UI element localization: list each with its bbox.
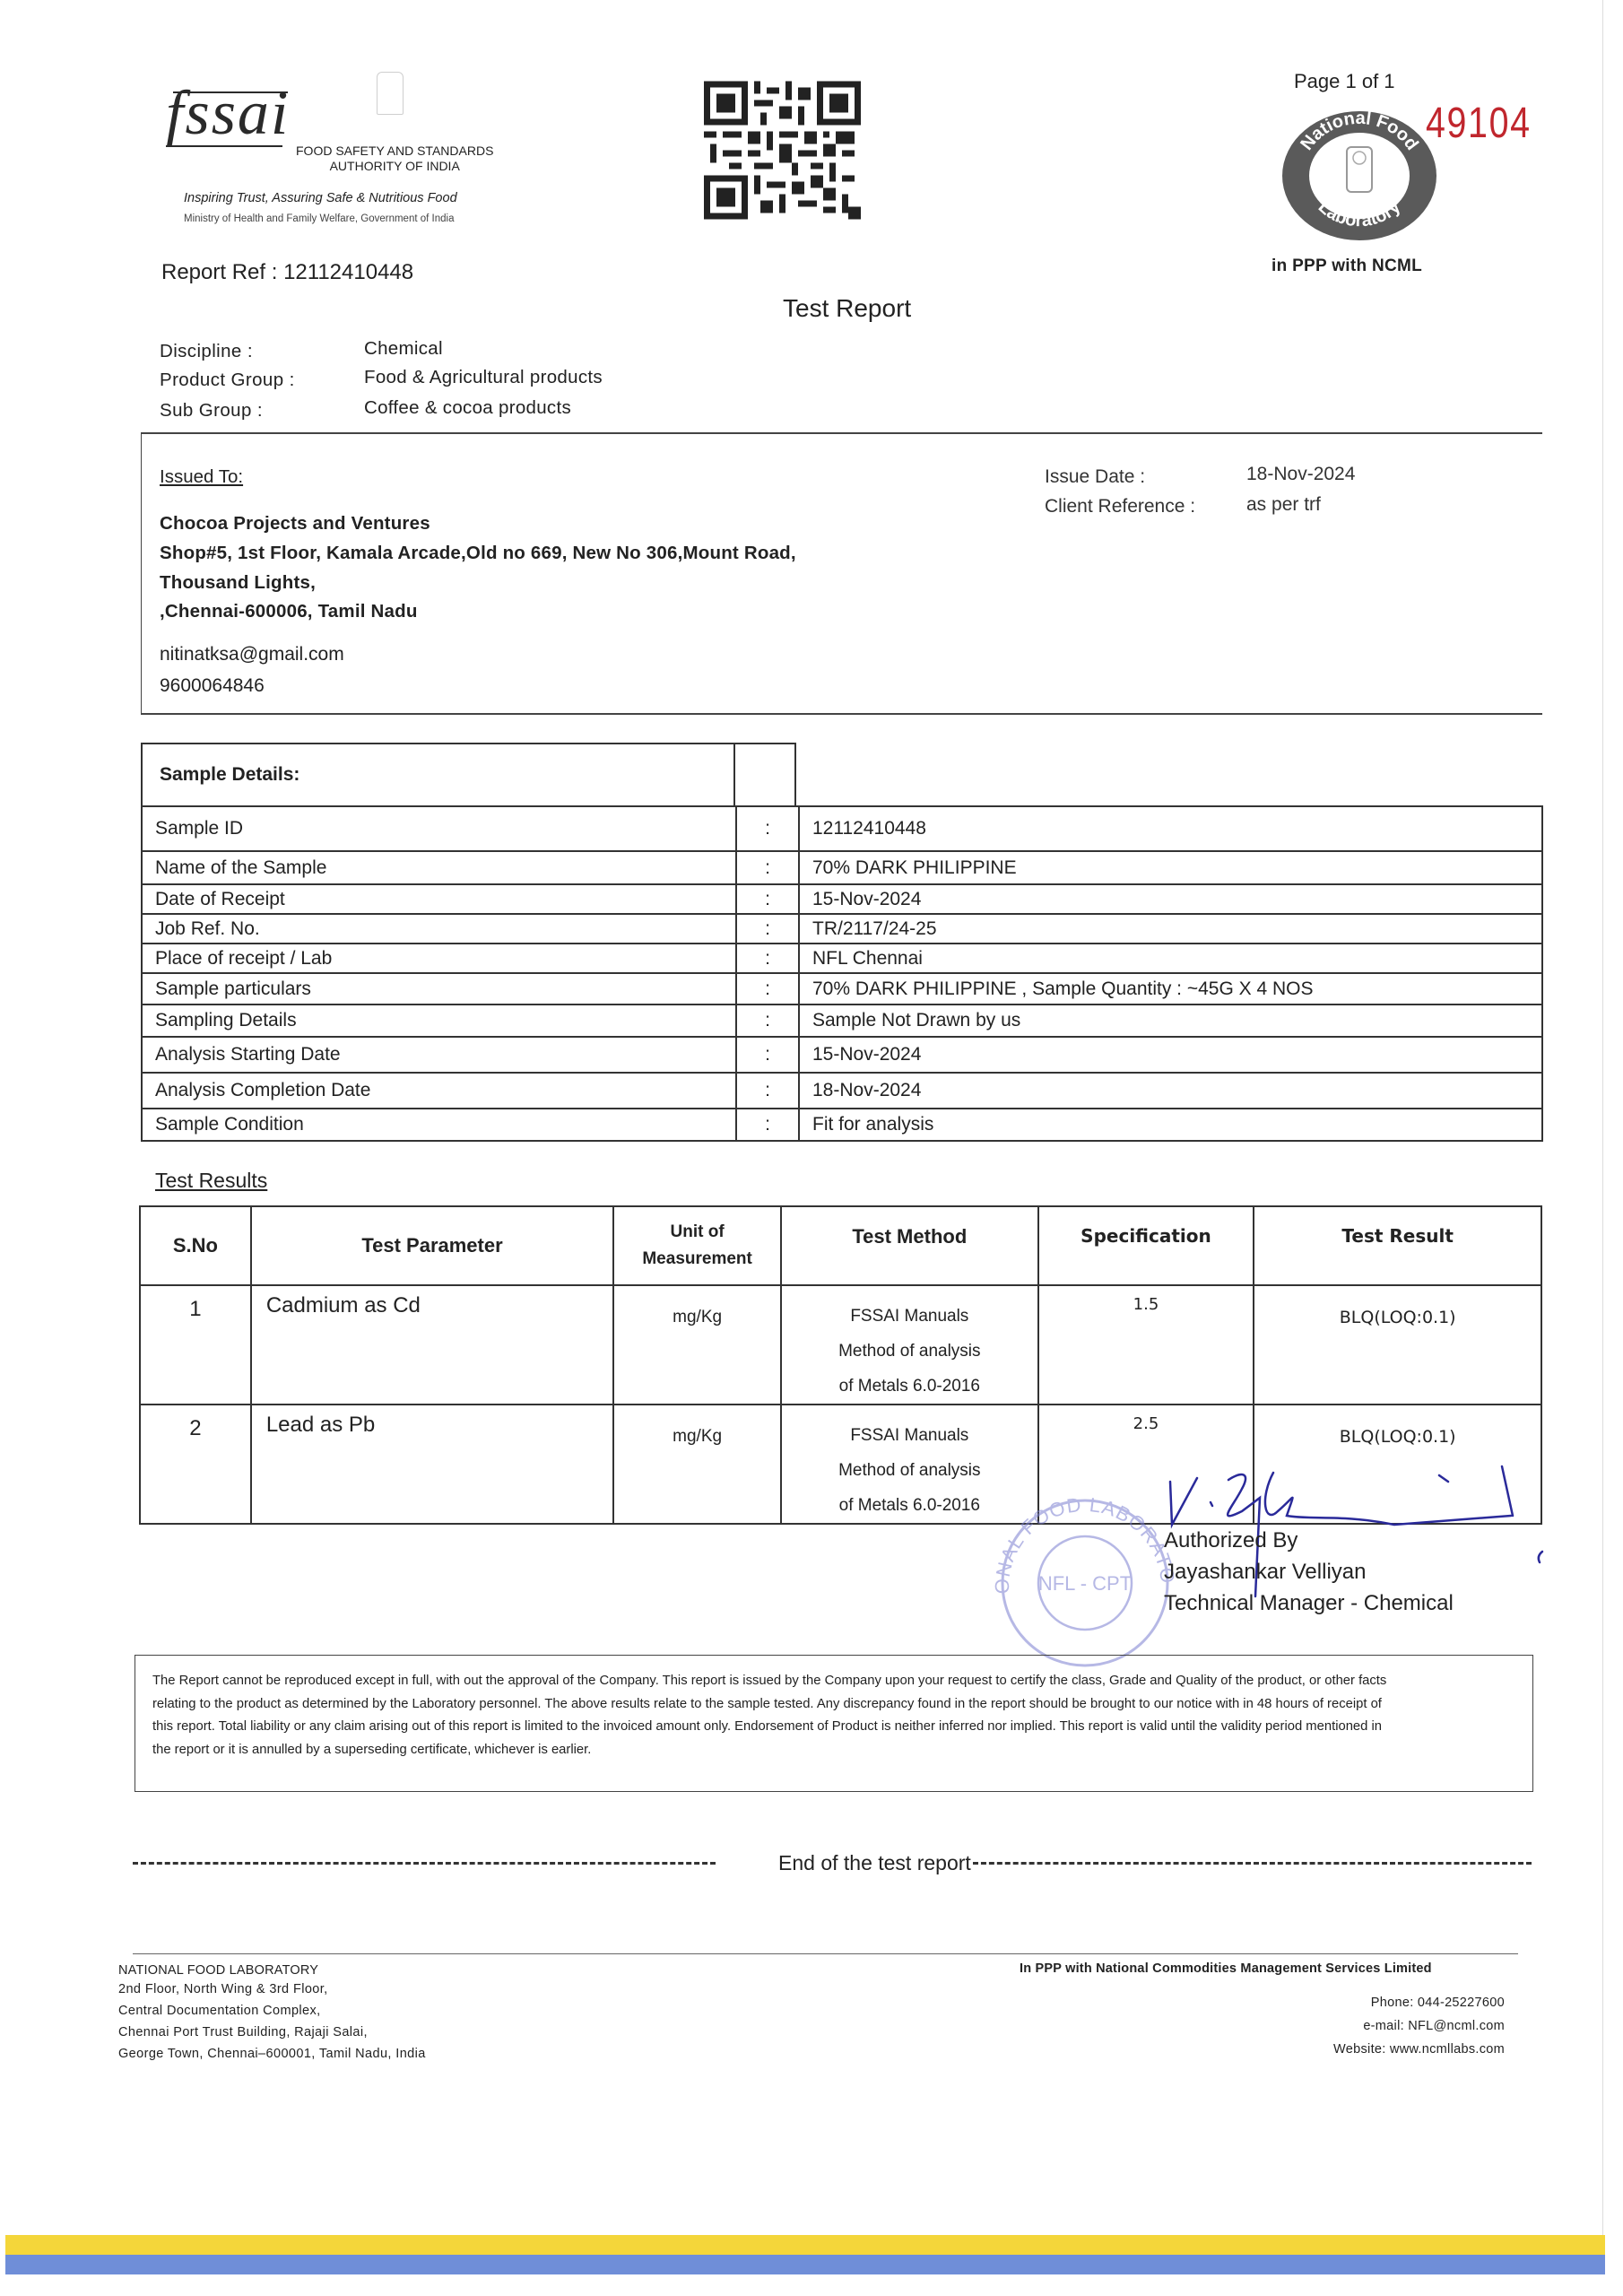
unit-header-line-1: Unit of: [614, 1219, 780, 1246]
footer-contact: Phone: 044-25227600 e-mail: NFL@ncml.com…: [1333, 1991, 1505, 2061]
sub-group-value: Coffee & cocoa products: [364, 397, 571, 419]
sample-details-heading: Sample Details:: [160, 764, 299, 786]
dashed-divider: [133, 1862, 716, 1865]
sample-detail-separator: :: [736, 1073, 799, 1109]
issued-to-heading: Issued To:: [160, 466, 243, 488]
national-food-laboratory-seal-icon: National Food Laboratory: [1275, 108, 1444, 242]
sample-detail-value: Fit for analysis: [799, 1109, 1542, 1141]
footer-phone: Phone: 044-25227600: [1333, 1991, 1505, 2014]
test-method-line: Method of analysis: [782, 1334, 1037, 1369]
client-company: Chocoa Projects and Ventures: [160, 513, 430, 535]
column-header-sno: S.No: [140, 1206, 251, 1285]
dashed-divider: [973, 1862, 1532, 1865]
footer-band-blue: [5, 2255, 1605, 2274]
sample-detail-value: 70% DARK PHILIPPINE , Sample Quantity : …: [799, 973, 1542, 1004]
footer-address-line: Chennai Port Trust Building, Rajaji Sala…: [118, 2023, 426, 2042]
fssai-authority-name: FOOD SAFETY AND STANDARDS AUTHORITY OF I…: [296, 143, 493, 174]
page-edge: [1602, 0, 1603, 2235]
table-header-row: S.No Test Parameter Unit of Measurement …: [140, 1206, 1541, 1285]
footer-email[interactable]: e-mail: NFL@ncml.com: [1333, 2014, 1505, 2038]
sample-detail-value: NFL Chennai: [799, 944, 1542, 973]
test-sno: 1: [140, 1285, 251, 1405]
issue-date-label: Issue Date :: [1045, 466, 1145, 488]
column-header-unit: Unit of Measurement: [613, 1206, 781, 1285]
table-row: Analysis Completion Date:18-Nov-2024: [142, 1073, 1542, 1109]
footer-org-name: NATIONAL FOOD LABORATORY: [118, 1961, 426, 1980]
footer-address-line: Central Documentation Complex,: [118, 2002, 426, 2021]
footer-divider: [133, 1953, 1518, 1954]
sample-detail-value: 15-Nov-2024: [799, 1037, 1542, 1073]
column-header-parameter: Test Parameter: [251, 1206, 613, 1285]
sample-detail-separator: :: [736, 1037, 799, 1073]
test-unit: mg/Kg: [613, 1405, 781, 1524]
fssai-logo: fssai: [166, 83, 300, 154]
svg-text:NFL - CPT: NFL - CPT: [1038, 1572, 1132, 1595]
product-group-label: Product Group :: [160, 370, 295, 391]
sample-detail-separator: :: [736, 944, 799, 973]
test-method-line: FSSAI Manuals: [782, 1418, 1037, 1453]
fssai-tagline: Inspiring Trust, Assuring Safe & Nutriti…: [184, 191, 457, 205]
sample-detail-label: Analysis Completion Date: [142, 1073, 736, 1109]
footer-partner: In PPP with National Commodities Managem…: [1020, 1961, 1432, 1976]
table-row: Sample particulars:70% DARK PHILIPPINE ,…: [142, 973, 1542, 1004]
table-row: Sample Condition:Fit for analysis: [142, 1109, 1542, 1141]
column-header-result: Test Result: [1254, 1206, 1541, 1285]
sample-detail-separator: :: [736, 1004, 799, 1037]
test-specification: 1.5: [1038, 1285, 1254, 1405]
end-of-report-line: End of the test report: [133, 1851, 1532, 1875]
authority-line-2: AUTHORITY OF INDIA: [296, 159, 493, 174]
sample-detail-separator: :: [736, 884, 799, 914]
client-phone: 9600064846: [160, 675, 265, 697]
sample-detail-separator: :: [736, 914, 799, 944]
sub-group-label: Sub Group :: [160, 400, 263, 422]
footer-address-line: George Town, Chennai–600001, Tamil Nadu,…: [118, 2045, 426, 2064]
column-header-spec: Specification: [1038, 1206, 1254, 1285]
test-method: FSSAI ManualsMethod of analysisof Metals…: [781, 1285, 1038, 1405]
test-parameter: Lead as Pb: [251, 1405, 613, 1524]
end-of-report-text: End of the test report: [778, 1851, 971, 1875]
fssai-ministry: Ministry of Health and Family Welfare, G…: [184, 213, 454, 224]
client-reference-value: as per trf: [1246, 494, 1321, 516]
sample-detail-value: 15-Nov-2024: [799, 884, 1542, 914]
sample-details-table: Sample ID:12112410448Name of the Sample:…: [141, 805, 1543, 1142]
footer-band-yellow: [5, 2235, 1605, 2255]
sample-detail-value: 12112410448: [799, 806, 1542, 851]
footer-address-line: 2nd Floor, North Wing & 3rd Floor,: [118, 1980, 426, 1999]
client-address-line: ,Chennai-600006, Tamil Nadu: [160, 601, 418, 622]
sample-detail-label: Name of the Sample: [142, 851, 736, 884]
footer-address: NATIONAL FOOD LABORATORY 2nd Floor, Nort…: [118, 1961, 426, 2064]
disclaimer-text: The Report cannot be reproduced except i…: [152, 1670, 1390, 1761]
table-row: Job Ref. No.:TR/2117/24-25: [142, 914, 1542, 944]
test-method-line: Method of analysis: [782, 1453, 1037, 1488]
sample-detail-separator: :: [736, 973, 799, 1004]
sample-detail-label: Date of Receipt: [142, 884, 736, 914]
client-address-line: Thousand Lights,: [160, 572, 316, 594]
test-sno: 2: [140, 1405, 251, 1524]
product-group-value: Food & Agricultural products: [364, 367, 603, 388]
sample-detail-separator: :: [736, 851, 799, 884]
client-reference-label: Client Reference :: [1045, 496, 1195, 517]
sample-detail-label: Place of receipt / Lab: [142, 944, 736, 973]
sample-details-header-colon-cell: [733, 743, 796, 807]
document-title: Test Report: [783, 294, 911, 323]
column-header-method: Test Method: [781, 1206, 1038, 1285]
client-address-line: Shop#5, 1st Floor, Kamala Arcade,Old no …: [160, 543, 796, 564]
footer-website[interactable]: Website: www.ncmllabs.com: [1333, 2038, 1505, 2061]
authorizer-name: Jayashankar Velliyan: [1164, 1556, 1454, 1587]
seal-caption: in PPP with NCML: [1271, 257, 1422, 276]
test-method-line: FSSAI Manuals: [782, 1299, 1037, 1334]
sample-detail-label: Sample ID: [142, 806, 736, 851]
qr-code-icon: [704, 81, 861, 220]
discipline-label: Discipline :: [160, 341, 253, 362]
page-indicator: Page 1 of 1: [1294, 70, 1395, 93]
table-row: Date of Receipt:15-Nov-2024: [142, 884, 1542, 914]
sample-detail-separator: :: [736, 806, 799, 851]
issue-date-value: 18-Nov-2024: [1246, 464, 1355, 485]
report-ref: Report Ref : 12112410448: [161, 260, 413, 285]
table-row: 1Cadmium as Cdmg/KgFSSAI ManualsMethod o…: [140, 1285, 1541, 1405]
sample-detail-label: Sample Condition: [142, 1109, 736, 1141]
sample-detail-value: 18-Nov-2024: [799, 1073, 1542, 1109]
table-row: Name of the Sample:70% DARK PHILIPPINE: [142, 851, 1542, 884]
table-row: Analysis Starting Date:15-Nov-2024: [142, 1037, 1542, 1073]
sample-detail-separator: :: [736, 1109, 799, 1141]
discipline-value: Chemical: [364, 338, 443, 360]
authorization-block: Authorized By Jayashankar Velliyan Techn…: [1164, 1525, 1454, 1619]
test-results-heading: Test Results: [155, 1169, 267, 1193]
sample-detail-label: Sample particulars: [142, 973, 736, 1004]
fssai-logo-text: fssai: [166, 79, 290, 148]
sample-detail-value: TR/2117/24-25: [799, 914, 1542, 944]
authority-line-1: FOOD SAFETY AND STANDARDS: [296, 143, 493, 159]
sample-detail-label: Analysis Starting Date: [142, 1037, 736, 1073]
sample-detail-value: Sample Not Drawn by us: [799, 1004, 1542, 1037]
table-row: Place of receipt / Lab:NFL Chennai: [142, 944, 1542, 973]
national-emblem-icon: [377, 72, 404, 115]
test-parameter: Cadmium as Cd: [251, 1285, 613, 1405]
test-result: BLQ(LOQ:0.1): [1254, 1285, 1541, 1405]
authorized-by-label: Authorized By: [1164, 1525, 1454, 1556]
sample-detail-label: Job Ref. No.: [142, 914, 736, 944]
test-method-line: of Metals 6.0-2016: [782, 1369, 1037, 1404]
table-row: Sample ID:12112410448: [142, 806, 1542, 851]
sample-detail-value: 70% DARK PHILIPPINE: [799, 851, 1542, 884]
laboratory-stamp-icon: NATIONAL FOOD LABORATORY IN NFL - CPT: [982, 1489, 1188, 1668]
test-unit: mg/Kg: [613, 1285, 781, 1405]
sample-detail-label: Sampling Details: [142, 1004, 736, 1037]
authorizer-designation: Technical Manager - Chemical: [1164, 1587, 1454, 1619]
report-ref-label: Report Ref :: [161, 260, 277, 284]
report-ref-value: 12112410448: [283, 260, 413, 284]
unit-header-line-2: Measurement: [614, 1246, 780, 1273]
client-email: nitinatksa@gmail.com: [160, 644, 344, 665]
table-row: Sampling Details:Sample Not Drawn by us: [142, 1004, 1542, 1037]
